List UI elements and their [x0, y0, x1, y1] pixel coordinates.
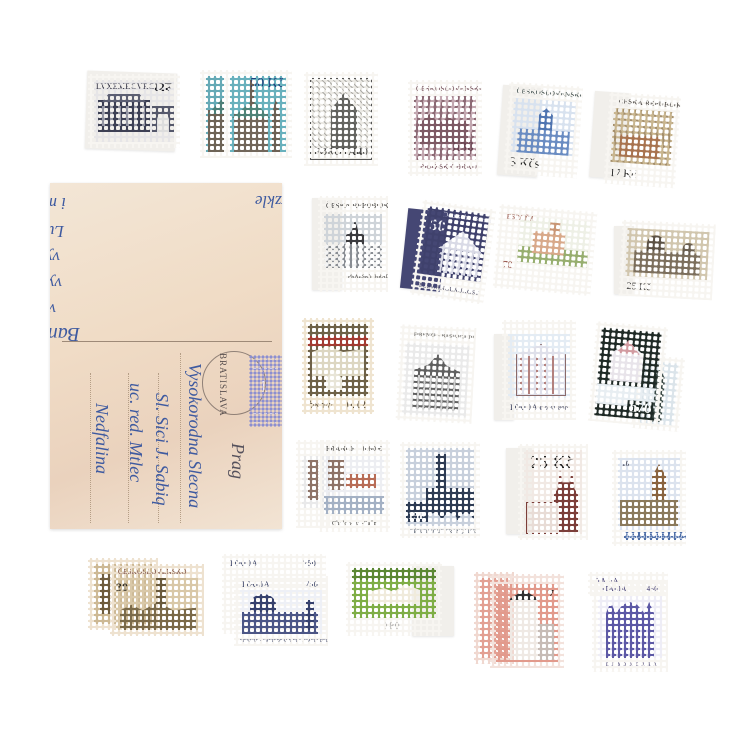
stamp-value: 750 [305, 580, 318, 589]
stamp-cs-castle: h70 [588, 321, 668, 427]
stamp-value: h70 [627, 400, 654, 418]
stamp-country: ČESKOSLOVENSKO [416, 85, 485, 93]
stamp-value: 180 [384, 621, 400, 632]
stamp-country: FIRENZE - BASILICA DI S. CROCE [414, 333, 500, 343]
stamp-value: 25 Kč [530, 452, 574, 473]
handwriting-line: vyk zpravit do celec [50, 273, 62, 293]
stamp-country: ESPAÑA [506, 213, 535, 223]
stamp-ceska-domes: 25 Kč [618, 220, 716, 301]
stamp-country: ITALIA [510, 403, 538, 412]
stamp-value: 30 [116, 580, 128, 595]
stamp-country: ITALIA [602, 585, 627, 593]
stamp-italia-monza: ITALIA € 0,41 800 [502, 320, 576, 420]
divider-line [62, 341, 272, 342]
stamp-value: 17 Kč [609, 167, 636, 181]
stamp-country: RÉPUBLIQUE FRANÇAISE [410, 530, 476, 535]
stamp-liechtenstein: 180 [346, 562, 442, 636]
stamp-value: 0,60 € [363, 445, 382, 453]
stamp-value: 12F [153, 80, 172, 95]
stamp-firenze-santa-croce: FIRENZE - BASILICA DI S. CROCE [396, 324, 477, 424]
stamp-luxembourg: LVXEMBOVRG 12F [88, 74, 180, 148]
stamp-france-chalon: FRANCE 0,60 € Chalon-sur-Saône [318, 440, 390, 532]
stamp-tower-7: 7 [490, 574, 564, 668]
stamp-value: h30 [452, 140, 474, 156]
stamp-value: 140 [352, 147, 368, 158]
address-line: Prag [227, 443, 248, 479]
stamp-espana: ESPAÑA 70 [493, 204, 598, 296]
stamp-country: ČESKOSLOVENSKO [118, 568, 187, 576]
stamp-cs-church: ČESKOSLOVENSKO 3 Kčs [503, 82, 583, 179]
stamp-value: 7 [547, 588, 554, 604]
stamp-belgique: 10 BELGIE-BELGIQUE [612, 450, 686, 546]
stamp-israel: ישראל 0.12 [302, 318, 374, 414]
stamp-italia-orvieto: ITALIA 450 DUOMO DI ORVIETO [592, 580, 668, 672]
stamp-value: 750 [303, 559, 316, 568]
postcard-stamp-value: 1 [259, 379, 268, 397]
stamp-foroyar: FØROYAR 140 [304, 72, 378, 166]
vintage-postcard: tul Ritzkle i macem jie to tza Lucii jet… [50, 183, 282, 529]
address-line: Nedfalina [91, 403, 112, 474]
stamp-caption: DUOMO DI ORVIETO [606, 663, 659, 668]
stamp-caption: Chalon-sur-Saône [332, 521, 380, 527]
stamp-country: ישראל [310, 400, 333, 410]
stamp-france-pont: 15F RÉPUBLIQUE FRANÇAISE [400, 442, 480, 538]
stamp-ceska-republika-1: ČESKÁ REPUBLIKA 17 Kč [603, 92, 681, 189]
stamp-value: 3 Kčs [509, 154, 540, 172]
address-rule [180, 353, 181, 523]
stamp-caption: PRAŽSKÝ HRAD [348, 275, 390, 280]
handwriting-line: tul Ritzkle [255, 191, 282, 211]
postcard-stamp: 1 [249, 355, 282, 427]
stamp-cs-village: ČESKOSLOVENSKO 30 [110, 564, 204, 636]
stamp-caption: ELLWANGEN/JAGST [419, 283, 480, 297]
stamp-value: 50 [428, 217, 446, 237]
address-line: uc. red. Mtlec [125, 383, 146, 482]
handwriting-line: vyrchlam mod mos [50, 247, 60, 267]
stamp-country: BELGIE-BELGIQUE [624, 532, 695, 540]
stamp-value: 25 Kč [626, 281, 651, 293]
postmark-text: BRATISLAVA [218, 353, 228, 417]
stamp-value: 450 [647, 585, 658, 593]
stamp-caption: PRAŽSKÝ HRAD [420, 163, 477, 171]
stamp-cs-25: 25 Kč [518, 444, 588, 540]
stamp-value: € 0,41 800 [540, 406, 569, 412]
stamp-value: 15F [408, 510, 426, 522]
stamp-country: FRANCE [326, 445, 355, 453]
stamp-ceska-republika-2: ČESKÁ REPUBLIKA PRAŽSKÝ HRAD [318, 196, 388, 292]
stamp-czech-cathedral: 50 Kč [224, 70, 292, 158]
handwriting-line: Lucii jetn na ttl [50, 221, 64, 241]
stamp-italia-firenze: ITALIA 750 FIRENZE - CATTEDRALE DI S. MA… [234, 576, 328, 646]
stamp-country: LVXEMBOVRG [96, 82, 155, 91]
stamp-value: 10 [622, 460, 630, 468]
stamp-deutsche-bundespost: Deutsche Bundespost 50 ELLWANGEN/JAGST [410, 199, 497, 304]
stamp-country: ČESKÁ REPUBLIKA [326, 202, 394, 210]
stamp-caption: FIRENZE - CATTEDRALE DI S. MARIA DEL FIO… [240, 638, 343, 643]
stamp-value: 70 [502, 259, 513, 271]
stamp-prazsky-hrad: ČESKOSLOVENSKO h30 PRAŽSKÝ HRAD [408, 80, 482, 176]
stamp-country: ITALIA [242, 580, 270, 589]
handwriting-line: i macem jie to tza [50, 193, 66, 213]
stamp-value: 0.12 [347, 399, 366, 411]
stamp-country: ITALIA [230, 559, 258, 568]
handwriting-line: vinnik tiz onge obsc [50, 299, 56, 319]
address-line: Sl. Sici J. Sabiq [151, 393, 172, 505]
stamp-value: 50 Kč [250, 76, 284, 92]
